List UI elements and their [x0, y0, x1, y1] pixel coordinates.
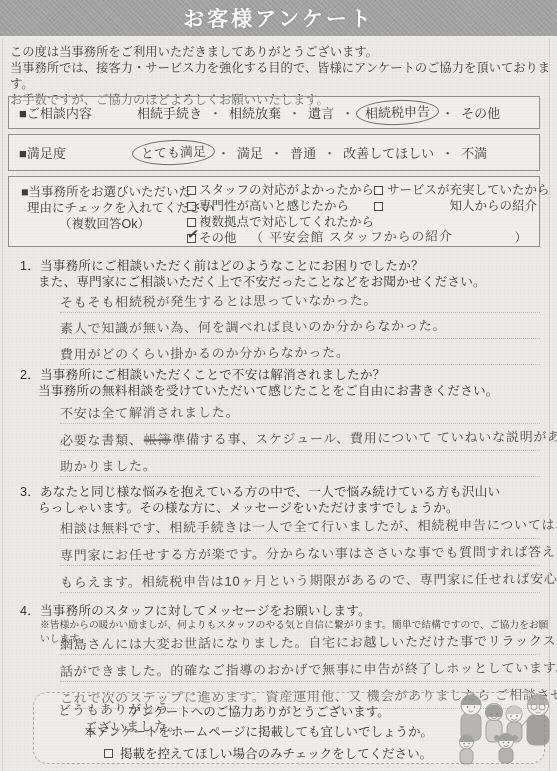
- reason-label-line: 理由にチェックを入れてください: [21, 200, 214, 216]
- intro-line: 当事務所では、接客力・サービス力を強化する目的で、皆様にアンケートのご協力を頂い…: [10, 60, 557, 92]
- option: 不満: [461, 143, 487, 162]
- checkbox-label: サービスが充実していたから: [387, 182, 550, 198]
- handwritten-answer: 網島さんには大変お世話になりました。自宅にお越しいただけた事でリラックスして: [60, 630, 557, 653]
- answer-line: そもそも相続税が発生するとは思っていなかった。: [60, 288, 540, 313]
- header-band: お客様アンケート: [0, 0, 557, 36]
- footer-optout-row: 掲載を控えてほしい場合のみチェックをしてください。: [104, 744, 432, 762]
- checkbox-label: 専門性が高いと感じたから: [199, 198, 349, 214]
- consultation-type-label: ■ご相談内容: [19, 103, 137, 122]
- answer-line: 相談は無料です、相続手続きは一人で全て行いましたが、相続税申告については、: [60, 514, 540, 539]
- consultation-type-box: ■ご相談内容 相続手続き ・ 相続放棄 ・ 遺言 ・ 相続税申告 ・ その他: [8, 96, 540, 129]
- checkbox-other-checked: ✓: [187, 234, 196, 243]
- checkbox-referral: [374, 202, 383, 211]
- page-title: お客様アンケート: [183, 3, 374, 33]
- answer-line: もらえます。相続税申告は10ヶ月という期限があるので、専門家に任せれば安心です。: [60, 568, 540, 593]
- handwritten-answer: 話ができました。的確なご指導のおかげで無事に申告が終了しホッとしています。: [60, 657, 557, 680]
- checkbox-service: [374, 186, 383, 195]
- handwritten-check-icon: ✓: [186, 225, 200, 243]
- survey-scan-page: お客様アンケート この度は当事務所をご利用いただきましてありがとうございます。 …: [0, 0, 557, 771]
- satisfaction-box: ■満足度 とても満足 ・ 満足 ・ 普通 ・ 改善してほしい ・ 不満: [8, 134, 540, 171]
- circled-option-souzokuzei: 相続税申告: [356, 99, 440, 127]
- option-separator: ・: [288, 103, 301, 122]
- checkbox-label: スタッフの対応がよかったから: [199, 182, 374, 198]
- option-separator: ・: [441, 103, 454, 122]
- question2-title-line2: 当事務所の無料相談を受けていただいて感じたことをご自由にお書きください。: [38, 380, 499, 399]
- optout-checkbox: [104, 749, 113, 758]
- handwritten-answer: 必要な書類、帳簿準備する事、スケジュール、費用について ていねいな説明があり、: [60, 426, 557, 449]
- scan-edge-left: [2, 38, 3, 771]
- option: 満足: [237, 143, 263, 162]
- answer-line: 素人で知識が無い為、何を調べれば良いのか分からなかった。: [60, 314, 540, 339]
- answer-segment: 必要な書類、: [60, 432, 143, 448]
- answer-line: 助かりました。: [60, 452, 540, 477]
- answer-line: 網島さんには大変お世話になりました。自宅にお越しいただけた事でリラックスして: [60, 630, 540, 655]
- satisfaction-label: ■満足度: [19, 143, 137, 162]
- other-reason-handwriting: 平安会館 スタッフからの紹介: [269, 229, 453, 246]
- option-separator: ・: [341, 103, 354, 122]
- option-separator: ・: [323, 143, 336, 162]
- handwritten-answer: 不安は全て解消されました。: [60, 402, 240, 422]
- handwritten-answer: もらえます。相続税申告は10ヶ月という期限があるので、専門家に任せれば安心です。: [60, 568, 557, 591]
- reason-label: ■当事務所をお選びいただいた 理由にチェックを入れてください （複数回答Ok）: [21, 184, 214, 232]
- checkbox-label: 複数拠点で対応してくれたから: [199, 214, 374, 230]
- answer-line: 不安は全て解消されました。: [60, 399, 540, 424]
- option: 相続放棄: [229, 103, 281, 122]
- option-separator: ・: [270, 143, 283, 162]
- option-separator: ・: [441, 143, 454, 162]
- satisfaction-options: とても満足 ・ 満足 ・ 普通 ・ 改善してほしい ・ 不満: [137, 143, 487, 162]
- reason-label-line: （複数回答Ok）: [21, 216, 214, 232]
- optout-label: 掲載を控えてほしい場合のみチェックをしてください。: [120, 744, 432, 762]
- handwritten-answer: 相談は無料です、相続手続きは一人で全て行いましたが、相続税申告については、: [60, 514, 557, 537]
- paren-close: ）: [514, 230, 527, 246]
- option: その他: [461, 103, 500, 122]
- handwritten-answer: 助かりました。: [60, 455, 157, 475]
- reason-options: スタッフの対応がよかったから サービスが充実していたから 専門性が高いと感じたか…: [187, 182, 537, 246]
- answer-line: 専門家にお任せする方が楽です。分からない事はささいな事でも質問すれば答えて: [60, 541, 540, 566]
- answer-line: 費用がどのくらい掛かるのか分からなかった。: [60, 340, 540, 365]
- checkbox-label: その他: [199, 230, 237, 246]
- answer-segment: 準備する事、スケジュール、費用について ていねいな説明があり、: [172, 429, 557, 447]
- handwritten-answer: 専門家にお任せする方が楽です。分からない事はささいな事でも質問すれば答えて: [60, 541, 557, 564]
- answer-line: 話ができました。的確なご指導のおかげで無事に申告が終了しホッとしています。: [60, 657, 540, 682]
- paren-open: （: [251, 230, 264, 246]
- option-separator: ・: [209, 103, 222, 122]
- option: 遺言: [308, 103, 334, 122]
- checkbox-staff-response: [187, 186, 196, 195]
- reason-box: ■当事務所をお選びいただいた 理由にチェックを入れてください （複数回答Ok） …: [8, 176, 540, 247]
- intro-line: この度は当事務所をご利用いただきましてありがとうございます。: [10, 44, 557, 60]
- family-illustration: [455, 685, 557, 771]
- option: 普通: [290, 143, 316, 162]
- option: 改善してほしい: [343, 143, 434, 162]
- option: 相続手続き: [137, 103, 202, 122]
- crossed-out-scribble: 帳簿: [144, 432, 172, 447]
- checkbox-label: 知人からの紹介: [449, 198, 537, 214]
- answer-line: 必要な書類、帳簿準備する事、スケジュール、費用について ていねいな説明があり、: [60, 426, 540, 451]
- circled-option-totemo-manzoku: とても満足: [132, 139, 216, 167]
- option-separator: ・: [217, 143, 230, 162]
- reason-label-line: ■当事務所をお選びいただいた: [21, 184, 214, 200]
- checkbox-expertise: [187, 202, 196, 211]
- consultation-options: 相続手続き ・ 相続放棄 ・ 遺言 ・ 相続税申告 ・ その他: [137, 103, 500, 122]
- handwriting-thanks-line2: ございました。: [84, 715, 182, 736]
- handwritten-answer: そもそも相続税が発生するとは思っていなかった。: [60, 290, 378, 311]
- handwritten-answer: 素人で知識が無い為、何を調べれば良いのか分からなかった。: [60, 315, 447, 337]
- handwritten-answer: 費用がどのくらい掛かるのか分からなかった。: [60, 342, 350, 363]
